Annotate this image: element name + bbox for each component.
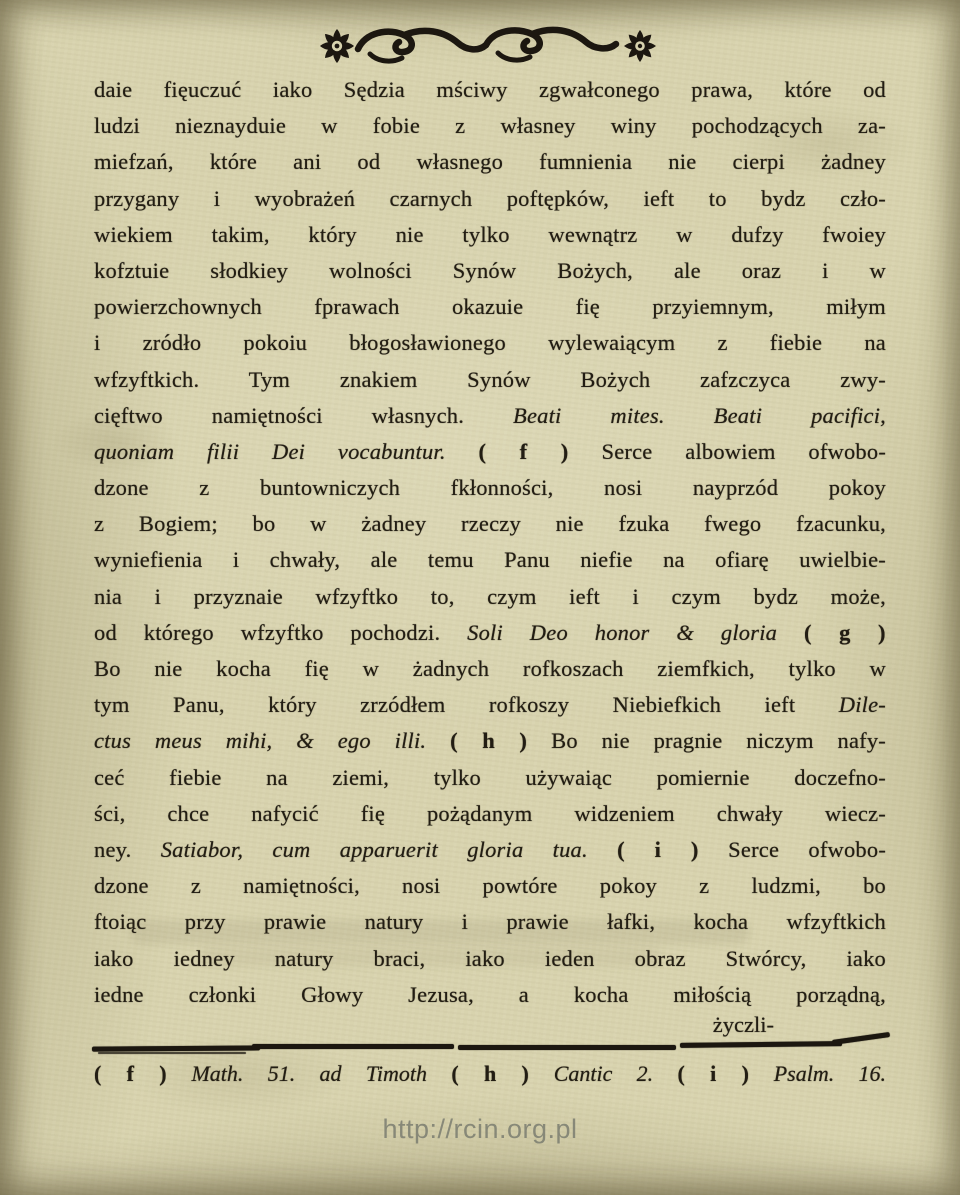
text-segment: nia i przyznaie wfzyftko to, czym ieft i…: [94, 584, 886, 609]
text-line: od którego wfzyftko pochodzi. Soli Deo h…: [94, 615, 886, 651]
text-segment: miefzań, które ani od własnego fumnienia…: [94, 149, 886, 174]
text-segment: Dile-: [839, 692, 886, 717]
text-segment: daie fięuczuć iako Sędzia mściwy zgwałco…: [94, 77, 886, 102]
text-segment: [295, 1061, 319, 1086]
text-segment: powierzchownych fprawach okazuie fię prz…: [94, 294, 886, 319]
text-segment: ( i ): [617, 837, 699, 862]
text-line: miefzań, które ani od własnego fumnienia…: [94, 144, 886, 180]
text-segment: Bo nie kocha fię w żadnych rofkoszach zi…: [94, 656, 886, 681]
watermark: http://rcin.org.pl: [382, 1114, 577, 1145]
book-page: daie fięuczuć iako Sędzia mściwy zgwałco…: [0, 0, 960, 1195]
footnote-line: ( f ) Math. 51. ad Timoth ( h ) Cantic 2…: [94, 1058, 886, 1090]
text-line: daie fięuczuć iako Sędzia mściwy zgwałco…: [94, 72, 886, 108]
text-segment: ( g ): [804, 620, 886, 645]
footnote-rule: [92, 1038, 888, 1056]
text-segment: iako iedney natury braci, iako ieden obr…: [94, 946, 886, 971]
text-segment: ( h ): [451, 1061, 529, 1086]
text-line: ney. Satiabor, cum apparuerit gloria tua…: [94, 832, 886, 868]
text-segment: [749, 1061, 773, 1086]
text-line: ludzi nieznayduie w fobie z własney winy…: [94, 108, 886, 144]
text-line: wiekiem takim, który nie tylko wewnątrz …: [94, 217, 886, 253]
text-segment: cięftwo namiętności własnych.: [94, 403, 513, 428]
text-line: nia i przyznaie wfzyftko to, czym ieft i…: [94, 579, 886, 615]
text-segment: Bo nie pragnie niczym nafy-: [527, 728, 886, 753]
text-line: kofztuie słodkiey wolności Synów Bożych,…: [94, 253, 886, 289]
text-segment: ceć fiebie na ziemi, tylko używaiąc pomi…: [94, 765, 886, 790]
header-ornament-icon: [318, 22, 658, 70]
text-line: ceć fiebie na ziemi, tylko używaiąc pomi…: [94, 760, 886, 796]
text-segment: ( h ): [450, 728, 527, 753]
text-line: dzone z buntowniczych fkłonności, nosi n…: [94, 470, 886, 506]
text-line: wfzyftkich. Tym znakiem Synów Bożych zaf…: [94, 362, 886, 398]
text-segment: ctus meus mihi, & ego illi.: [94, 728, 426, 753]
ornament-svg: [318, 22, 658, 70]
text-segment: z Bogiem; bo w żadney rzeczy nie fzuka f…: [94, 511, 886, 536]
text-segment: ( f ): [94, 1061, 167, 1086]
text-segment: ney.: [94, 837, 161, 862]
text-line: iako iedney natury braci, iako ieden obr…: [94, 941, 886, 977]
text-segment: kofztuie słodkiey wolności Synów Bożych,…: [94, 258, 886, 283]
text-line: ctus meus mihi, & ego illi. ( h ) Bo nie…: [94, 723, 886, 759]
text-segment: ludzi nieznayduie w fobie z własney winy…: [94, 113, 886, 138]
body-lines: daie fięuczuć iako Sędzia mściwy zgwałco…: [94, 72, 886, 1013]
catchword: życzli-: [94, 1012, 886, 1038]
text-segment: [446, 439, 479, 464]
text-line: wyniefienia i chwały, ale temu Panu nief…: [94, 542, 886, 578]
text-segment: ad Timoth: [320, 1061, 427, 1086]
text-segment: i zródło pokoiu błogosławionego wylewaią…: [94, 330, 886, 355]
text-segment: Soli Deo honor & gloria: [467, 620, 777, 645]
text-segment: [777, 620, 804, 645]
text-segment: przygany i wyobrażeń czarnych poftępków,…: [94, 186, 886, 211]
text-line: ści, chce nafycić fię pożądanym widzenie…: [94, 796, 886, 832]
text-segment: wyniefienia i chwały, ale temu Panu nief…: [94, 547, 886, 572]
text-segment: [427, 1061, 451, 1086]
text-line: Bo nie kocha fię w żadnych rofkoszach zi…: [94, 651, 886, 687]
text-segment: Satiabor, cum apparuerit gloria tua.: [161, 837, 588, 862]
text-segment: Math. 51.: [191, 1061, 295, 1086]
text-line: ftoiąc przy prawie natury i prawie łafki…: [94, 904, 886, 940]
text-line: tym Panu, który zrzódłem rofkoszy Niebie…: [94, 687, 886, 723]
text-segment: iedne członki Głowy Jezusa, a kocha miło…: [94, 982, 886, 1007]
text-segment: ( f ): [479, 439, 569, 464]
text-line: powierzchownych fprawach okazuie fię prz…: [94, 289, 886, 325]
text-segment: [588, 837, 617, 862]
text-segment: wfzyftkich. Tym znakiem Synów Bożych zaf…: [94, 367, 886, 392]
text-line: quoniam filii Dei vocabuntur. ( f ) Serc…: [94, 434, 886, 470]
text-segment: [653, 1061, 677, 1086]
text-segment: ( i ): [678, 1061, 750, 1086]
text-line: z Bogiem; bo w żadney rzeczy nie fzuka f…: [94, 506, 886, 542]
text-segment: Psalm. 16.: [774, 1061, 886, 1086]
text-segment: dzone z namiętności, nosi powtóre pokoy …: [94, 873, 886, 898]
text-line: i zródło pokoiu błogosławionego wylewaią…: [94, 325, 886, 361]
text-segment: Serce ofwobo-: [699, 837, 886, 862]
text-segment: [426, 728, 450, 753]
text-segment: Serce albowiem ofwobo-: [569, 439, 886, 464]
text-segment: [529, 1061, 553, 1086]
text-segment: wiekiem takim, który nie tylko wewnątrz …: [94, 222, 886, 247]
text-segment: ści, chce nafycić fię pożądanym widzenie…: [94, 801, 886, 826]
text-segment: Cantic 2.: [554, 1061, 653, 1086]
text-line: dzone z namiętności, nosi powtóre pokoy …: [94, 868, 886, 904]
text-segment: dzone z buntowniczych fkłonności, nosi n…: [94, 475, 886, 500]
text-line: iedne członki Głowy Jezusa, a kocha miło…: [94, 977, 886, 1013]
text-segment: Beati mites. Beati pacifici,: [513, 403, 886, 428]
text-segment: ftoiąc przy prawie natury i prawie łafki…: [94, 909, 886, 934]
text-line: przygany i wyobrażeń czarnych poftępków,…: [94, 181, 886, 217]
text-segment: od którego wfzyftko pochodzi.: [94, 620, 467, 645]
text-segment: [167, 1061, 191, 1086]
text-line: cięftwo namiętności własnych. Beati mite…: [94, 398, 886, 434]
text-segment: quoniam filii Dei vocabuntur.: [94, 439, 446, 464]
text-segment: tym Panu, który zrzódłem rofkoszy Niebie…: [94, 692, 839, 717]
